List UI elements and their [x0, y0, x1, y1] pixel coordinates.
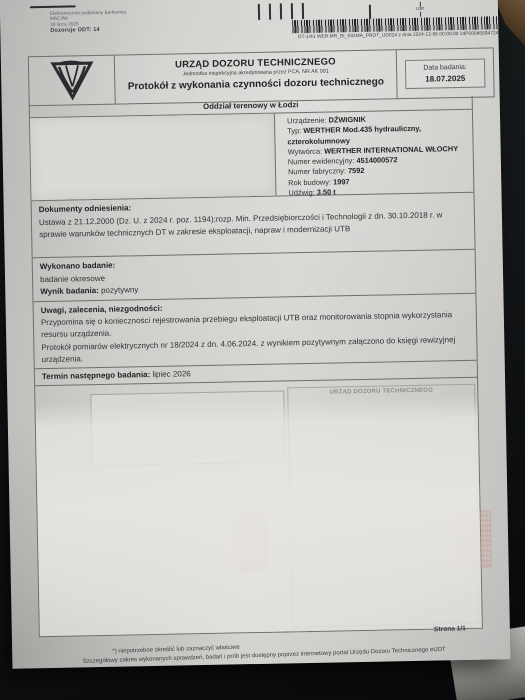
- signature-box-header: URZĄD DOZORU TECHNICZNEGO: [288, 387, 474, 397]
- esignature-note: Elektronicznie podpisany Bartłomiej MACI…: [50, 9, 126, 34]
- micro-number-mark: 1280: [407, 2, 433, 17]
- barcode-icon: [292, 16, 498, 33]
- remarks-section: Uwagi, zalecenia, niezgodności: Przypomi…: [34, 294, 477, 369]
- signature-stroke: [30, 5, 76, 8]
- registration-marks-icon: [258, 3, 304, 20]
- document-title: Protokół z wykonania czynności dozoru te…: [115, 76, 396, 92]
- page-number: Strona 1/1: [434, 625, 466, 633]
- body-table: Oddział terenowy w Łodzi Urządzenie: DŹW…: [29, 96, 483, 637]
- signatures-area: URZĄD DOZORU TECHNICZNEGO: [35, 378, 482, 636]
- photo-scene: Elektronicznie podpisany Bartłomiej MACI…: [0, 0, 525, 700]
- header-center-cell: URZĄD DOZORU TECHNICZNEGO Jednostka insp…: [115, 50, 397, 103]
- next-exam-label: Termin następnego badania:: [42, 370, 150, 381]
- redacted-owner-box: [30, 114, 277, 201]
- exam-date-label: Data badania:: [406, 63, 484, 71]
- micro-number: 1280: [415, 6, 424, 11]
- exam-date-cell: Data badania: 18.07.2025: [396, 48, 494, 98]
- reference-docs-section: Dokumenty odniesienia: Ustawa z 21.12.20…: [32, 193, 475, 258]
- esignature-line3: 18 lipca 2025: [50, 20, 126, 27]
- exam-date-box: Data badania: 18.07.2025: [405, 58, 486, 89]
- device-info: Urządzenie: DŹWIGNIK Typ: WERTHER Mod.43…: [275, 110, 474, 196]
- barcode-caption: DT-1/41 WER:MR_BI_SIGMA_PROT_UD024 z dni…: [180, 31, 498, 42]
- redaction-washout: [35, 396, 481, 636]
- logo-cell: [29, 56, 116, 106]
- esignature-line4: Dozoruje ODT: 14: [50, 27, 126, 34]
- exam-date-value: 18.07.2025: [406, 73, 484, 83]
- next-exam-value: lipiec 2026: [150, 369, 191, 379]
- paper-sheet: Elektronicznie podpisany Bartłomiej MACI…: [0, 0, 510, 669]
- udt-logo-icon: [48, 60, 95, 101]
- device-info-row: Urządzenie: DŹWIGNIK Typ: WERTHER Mod.43…: [30, 110, 474, 201]
